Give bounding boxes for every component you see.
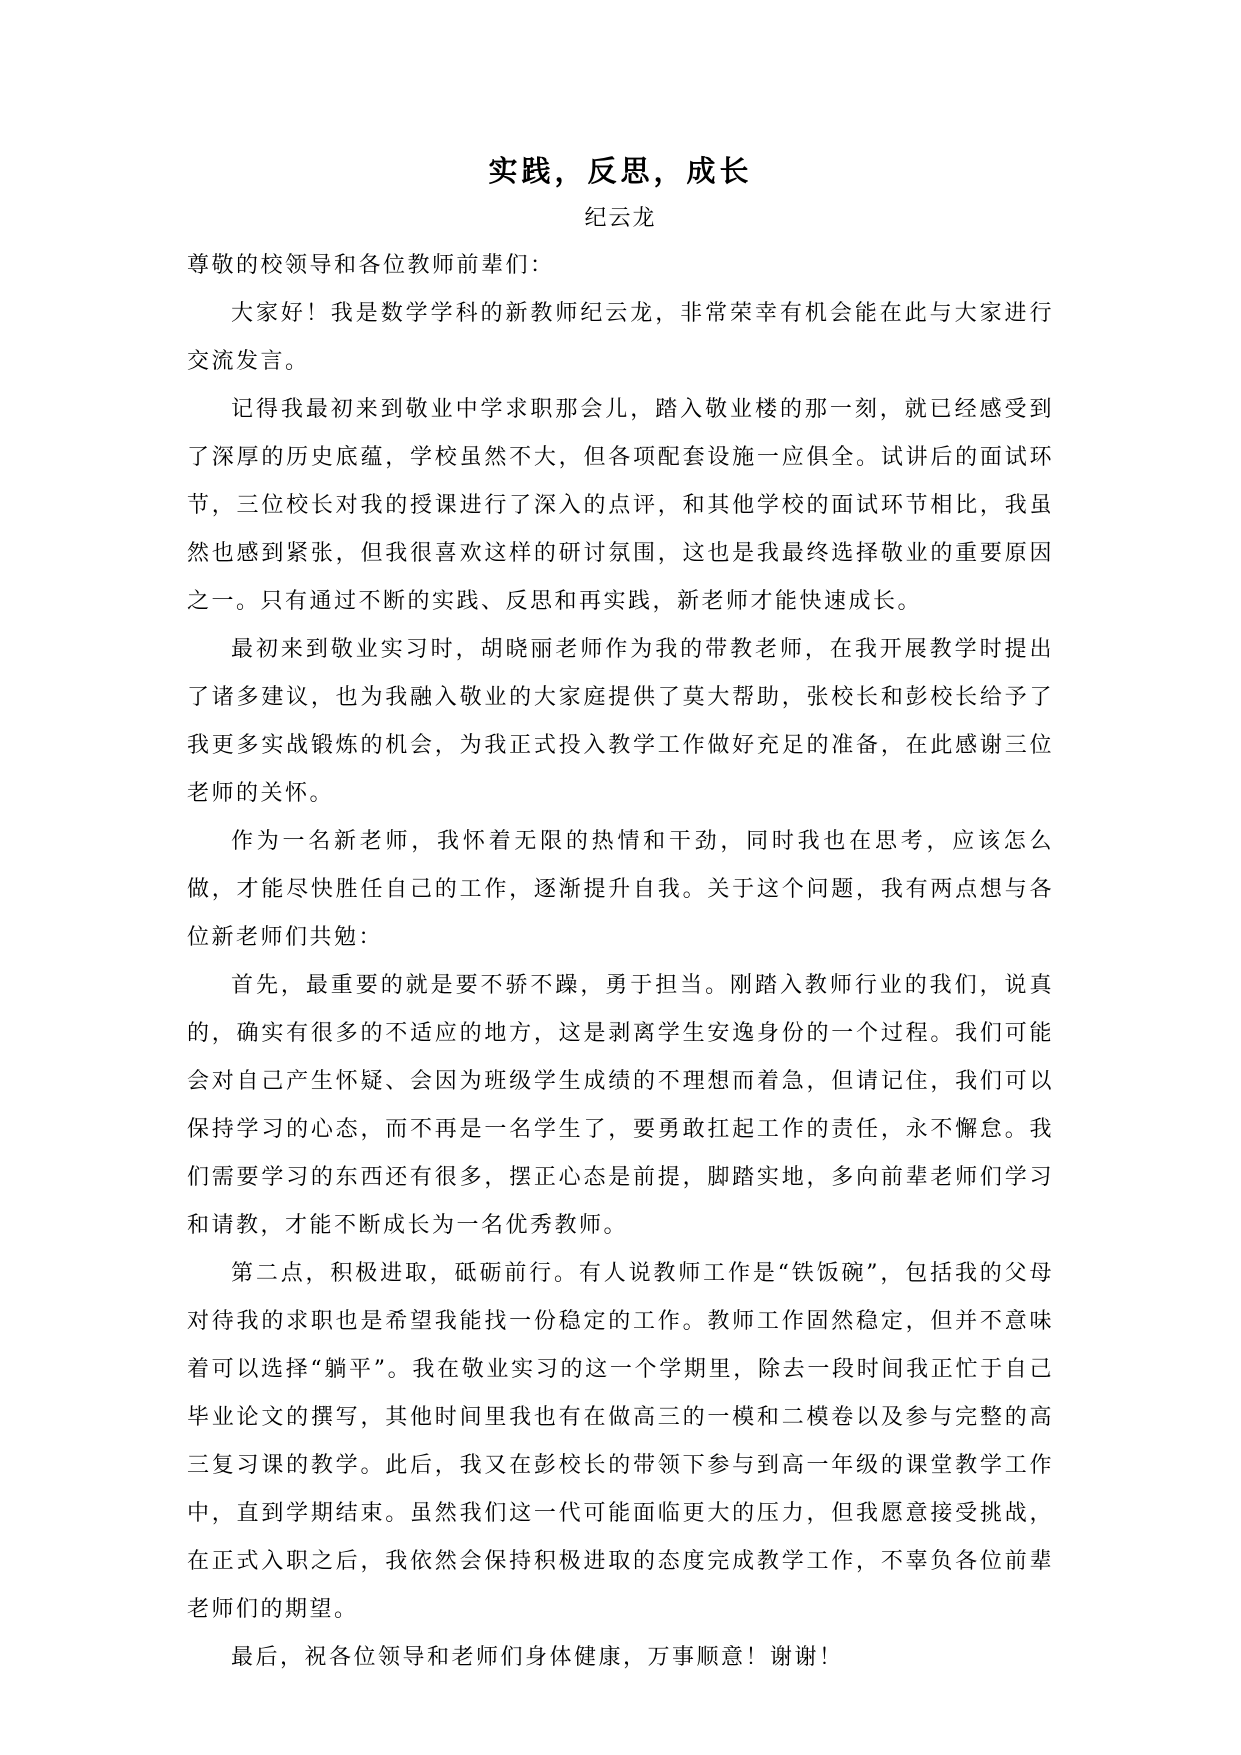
author-name: 纪云龙 [187, 196, 1054, 242]
paragraph-greeting: 大家好！我是数学学科的新教师纪云龙，非常荣幸有机会能在此与大家进行交流发言。 [187, 290, 1054, 386]
paragraph-point-two: 第二点，积极进取，砥砺前行。有人说教师工作是“铁饭碗”，包括我的父母对待我的求职… [187, 1250, 1054, 1634]
paragraph-internship-thanks: 最初来到敬业实习时，胡晓丽老师作为我的带教老师，在我开展教学时提出了诸多建议，也… [187, 626, 1054, 818]
document-page: 实践，反思，成长 纪云龙 尊敬的校领导和各位教师前辈们： 大家好！我是数学学科的… [0, 0, 1241, 1755]
paragraph-closing: 最后，祝各位领导和老师们身体健康，万事顺意！谢谢！ [187, 1634, 1054, 1682]
paragraph-two-points-intro: 作为一名新老师，我怀着无限的热情和干劲，同时我也在思考，应该怎么做，才能尽快胜任… [187, 818, 1054, 962]
paragraph-point-one: 首先，最重要的就是要不骄不躁，勇于担当。刚踏入教师行业的我们，说真的，确实有很多… [187, 962, 1054, 1250]
document-body: 尊敬的校领导和各位教师前辈们： 大家好！我是数学学科的新教师纪云龙，非常荣幸有机… [187, 242, 1054, 1682]
salutation-line: 尊敬的校领导和各位教师前辈们： [187, 242, 1054, 290]
document-title: 实践，反思，成长 [187, 150, 1054, 192]
paragraph-first-visit: 记得我最初来到敬业中学求职那会儿，踏入敬业楼的那一刻，就已经感受到了深厚的历史底… [187, 386, 1054, 626]
